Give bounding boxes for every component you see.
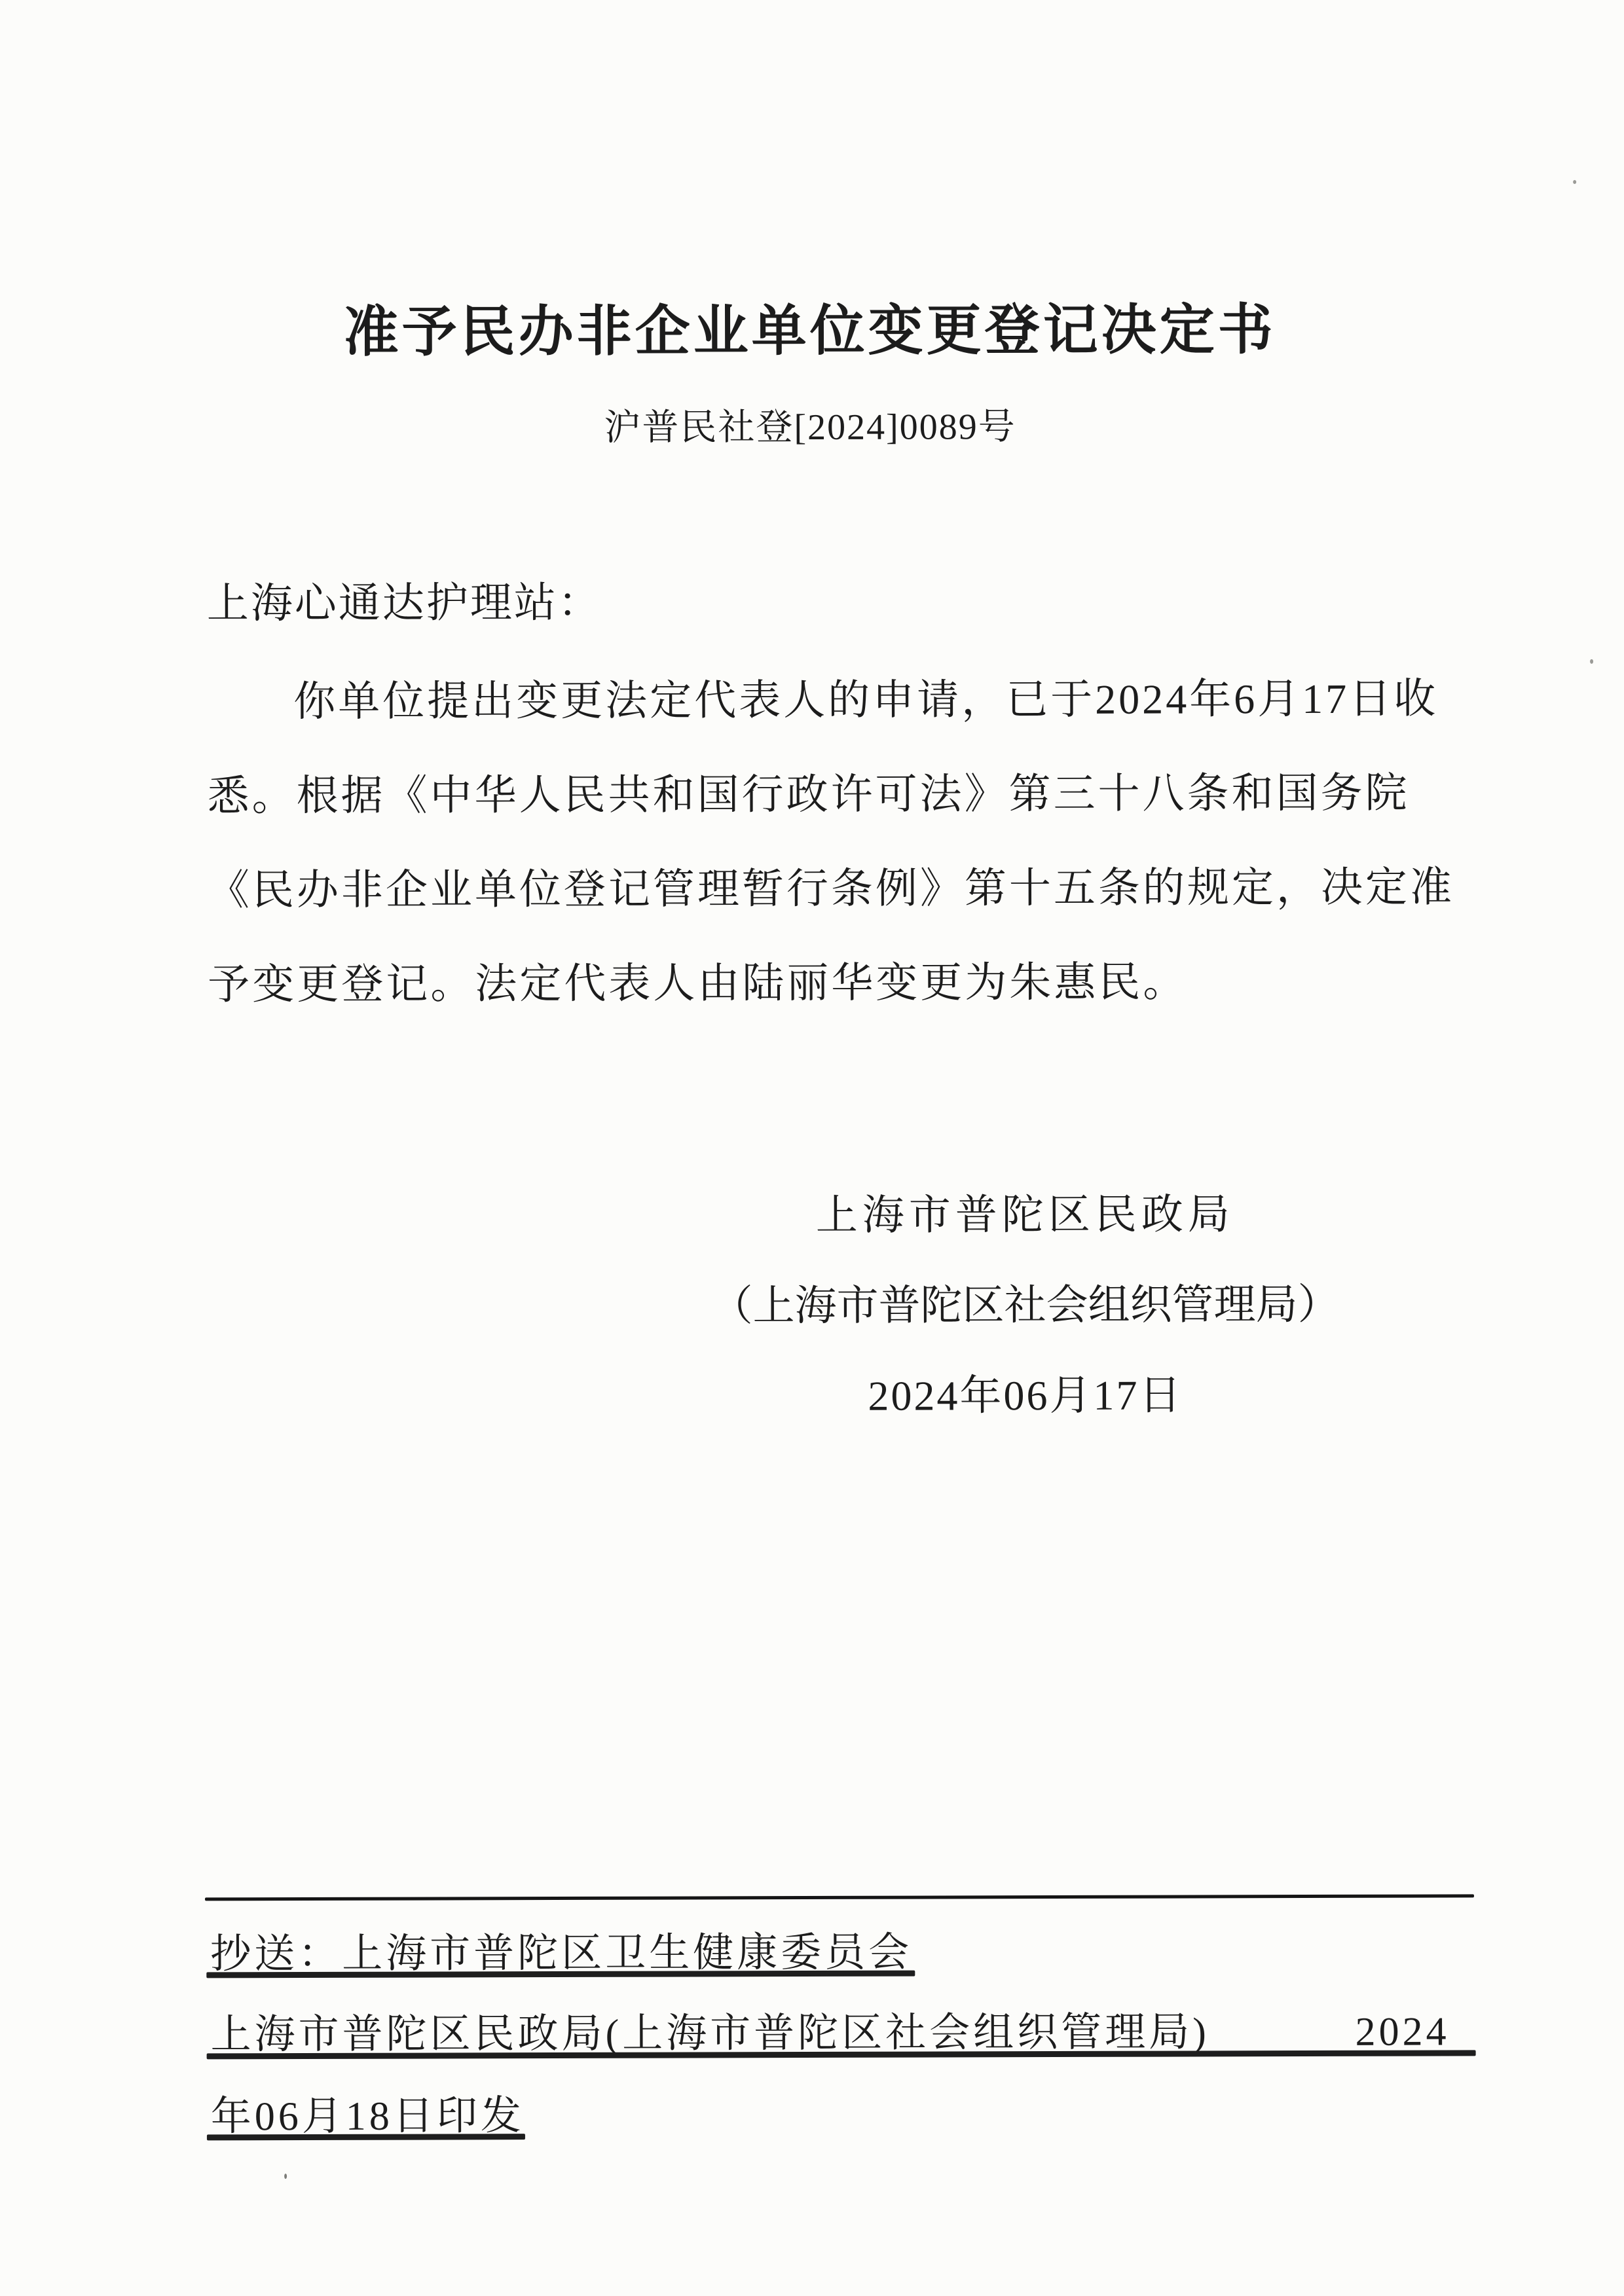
footer-issue-date-line: 年06月18日印发 bbox=[211, 2083, 525, 2141]
scan-speck bbox=[1573, 180, 1576, 184]
body-paragraph: 你单位提出变更法定代表人的申请，已于2024年6月17日收 悉。根据《中华人民共… bbox=[207, 651, 1455, 1032]
document-title: 准予民办非企业单位变更登记决定书 bbox=[0, 285, 1622, 368]
footer-top-rule bbox=[205, 1894, 1474, 1901]
signature-authority: 上海市普陀区民政局 bbox=[668, 1169, 1382, 1262]
footer-issue-date-underline bbox=[207, 2134, 525, 2140]
body-line-2: 悉。根据《中华人民共和国行政许可法》第三十八条和国务院 bbox=[207, 746, 1454, 843]
body-line-1: 你单位提出变更法定代表人的申请，已于2024年6月17日收 bbox=[207, 651, 1454, 749]
page-content: 准予民办非企业单位变更登记决定书 沪普民社登[2024]0089号 上海心通达护… bbox=[0, 0, 1624, 2296]
signature-block: 上海市普陀区民政局 （上海市普陀区社会组织管理局） 2024年06月17日 bbox=[668, 1169, 1382, 1442]
scanned-document-page: 准予民办非企业单位变更登记决定书 沪普民社登[2024]0089号 上海心通达护… bbox=[0, 0, 1624, 2296]
signature-date: 2024年06月17日 bbox=[669, 1350, 1382, 1442]
body-line-3: 《民办非企业单位登记管理暂行条例》第十五条的规定，决定准 bbox=[208, 840, 1454, 938]
recipient-line: 上海心通达护理站： bbox=[207, 569, 602, 630]
signature-authority-alias: （上海市普陀区社会组织管理局） bbox=[668, 1260, 1382, 1352]
scan-speck bbox=[1590, 659, 1593, 664]
footer-issue-year: 2024 bbox=[1355, 2009, 1449, 2055]
scan-speck bbox=[284, 2174, 287, 2179]
body-line-4: 予变更登记。法定代表人由陆丽华变更为朱惠民。 bbox=[208, 934, 1454, 1032]
document-number: 沪普民社登[2024]0089号 bbox=[0, 396, 1622, 452]
